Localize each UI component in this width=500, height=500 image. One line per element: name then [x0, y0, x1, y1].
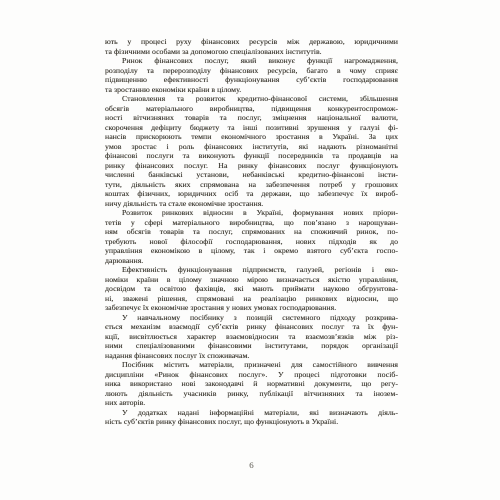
text-line: ності вітчизняних товарів та послуг, змі…: [105, 113, 398, 123]
text-line: тетів у сфері матеріального виробництва,…: [105, 218, 398, 228]
text-line: та фізичними особами за допомогою спеціа…: [105, 47, 398, 57]
text-line: забезпечує їх економічне зростання у нов…: [105, 303, 398, 313]
text-line: ні, зважені рішення, спрямовані на реалі…: [105, 294, 398, 304]
text-line: ням обсягів товарів та послуг, спрямован…: [105, 227, 398, 237]
text-line: них авторів.: [105, 398, 398, 408]
text-line: ничу діяльність та стале економічне зрос…: [105, 199, 398, 209]
text-line: численні банківські установи, небанківсь…: [105, 170, 398, 180]
paragraph: Розвиток ринкових відносин в Україні, фо…: [105, 208, 398, 265]
text-line: У додатках надані інформаційні матеріали…: [105, 408, 398, 418]
text-line: розподілу та перерозподілу фінансових ре…: [105, 66, 398, 76]
text-line: нансів прискорюють темпи економічного зр…: [105, 132, 398, 142]
text-line: та зростанню економіки країни в цілому.: [105, 85, 398, 95]
text-line: підвищенню ефективності функціонування с…: [105, 75, 398, 85]
paragraph: ють у процесі руху фінансових ресурсів м…: [105, 37, 398, 56]
text-line: дарювання.: [105, 256, 398, 266]
text-line: фінансові послуги та виконують функції п…: [105, 151, 398, 161]
text-line: тути, діяльність яких спрямована на забе…: [105, 180, 398, 190]
text-line: люють діяльність учасників ринку, публік…: [105, 389, 398, 399]
text-line: Посібник містить матеріали, призначені д…: [105, 360, 398, 370]
text-line: кції, висвітлюється характер взаємовідно…: [105, 332, 398, 342]
paragraph: Ефективність функціонування підприємств,…: [105, 265, 398, 313]
text-line: ринку фінансових послуг. На ринку фінанс…: [105, 161, 398, 171]
text-line: ність суб’єктів ринку фінансових послуг,…: [105, 417, 398, 427]
text-line: Ефективність функціонування підприємств,…: [105, 265, 398, 275]
text-line: дисципліни «Ринок фінансових послуг». У …: [105, 370, 398, 380]
paragraph: Посібник містить матеріали, призначені д…: [105, 360, 398, 408]
text-line: обсягів матеріального виробництва, підви…: [105, 104, 398, 114]
text-line: досвідом та освітою фахівців, які мають …: [105, 284, 398, 294]
page-text-block: ють у процесі руху фінансових ресурсів м…: [105, 37, 398, 427]
text-line: надання фінансових послуг їх споживачам.: [105, 351, 398, 361]
page-number: 6: [105, 460, 398, 470]
text-line: ника використано нові законодавчі й норм…: [105, 379, 398, 389]
text-line: требують нової філософії господарювання,…: [105, 237, 398, 247]
text-line: Ринок фінансових послуг, який виконує фу…: [105, 56, 398, 66]
paragraph: У додатках надані інформаційні матеріали…: [105, 408, 398, 427]
text-line: управління економікою в цілому, так і ок…: [105, 246, 398, 256]
paragraph: У навчальному посібнику з позицій систем…: [105, 313, 398, 361]
book-page: ють у процесі руху фінансових ресурсів м…: [0, 0, 500, 500]
text-line: ють у процесі руху фінансових ресурсів м…: [105, 37, 398, 47]
text-line: коштах фізичних, юридичних осіб та держа…: [105, 189, 398, 199]
text-line: скорочення дефіциту бюджету та інші пози…: [105, 123, 398, 133]
text-line: ється механізм взаємодії суб’єктів ринку…: [105, 322, 398, 332]
paragraph: Ринок фінансових послуг, який виконує фу…: [105, 56, 398, 94]
text-line: Розвиток ринкових відносин в Україні, фо…: [105, 208, 398, 218]
text-line: Становлення та розвиток кредитно-фінансо…: [105, 94, 398, 104]
text-line: умов зростає і роль фінансових інституті…: [105, 142, 398, 152]
text-line: У навчальному посібнику з позицій систем…: [105, 313, 398, 323]
text-line: ними спеціалізованими фінансовими інстит…: [105, 341, 398, 351]
text-line: номіки країни в цілому значною мірою виз…: [105, 275, 398, 285]
paragraph: Становлення та розвиток кредитно-фінансо…: [105, 94, 398, 208]
